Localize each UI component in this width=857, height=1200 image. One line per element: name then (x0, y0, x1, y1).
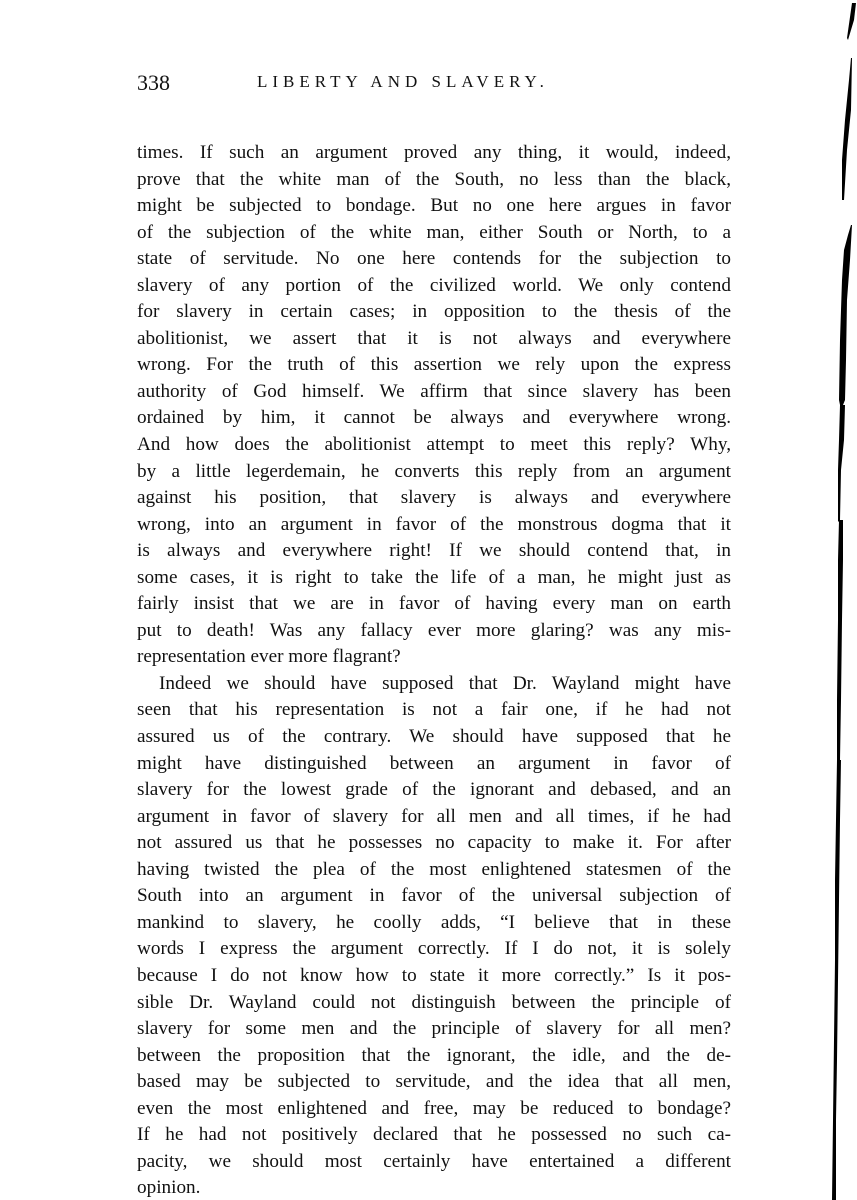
text-line: words I express the argument correctly. … (137, 936, 731, 963)
text-line: fairly insist that we are in favor of ha… (137, 591, 731, 618)
page-edge-shadow (820, 0, 857, 1200)
text-line: put to death! Was any fallacy ever more … (137, 618, 731, 645)
text-line: for slavery in certain cases; in opposit… (137, 299, 731, 326)
text-line: And how does the abolitionist attempt to… (137, 432, 731, 459)
text-line: might be subjected to bondage. But no on… (137, 193, 731, 220)
paragraph-1: times. If such an argument proved any th… (137, 140, 731, 671)
text-line: having twisted the plea of the most enli… (137, 857, 731, 884)
text-line: South into an argument in favor of the u… (137, 883, 731, 910)
text-line: wrong. For the truth of this assertion w… (137, 352, 731, 379)
text-line: sible Dr. Wayland could not distinguish … (137, 990, 731, 1017)
text-line: argument in favor of slavery for all men… (137, 804, 731, 831)
text-line: Indeed we should have supposed that Dr. … (137, 671, 731, 698)
text-line: is always and everywhere right! If we sh… (137, 538, 731, 565)
page-header: 338 LIBERTY AND SLAVERY. (137, 70, 727, 96)
text-line: might have distinguished between an argu… (137, 751, 731, 778)
text-line: not assured us that he possesses no capa… (137, 830, 731, 857)
text-line: times. If such an argument proved any th… (137, 140, 731, 167)
text-line: authority of God himself. We affirm that… (137, 379, 731, 406)
text-line: abolitionist, we assert that it is not a… (137, 326, 731, 353)
scanned-book-page: 338 LIBERTY AND SLAVERY. times. If such … (0, 0, 857, 1200)
text-line: by a little legerdemain, he converts thi… (137, 459, 731, 486)
paragraph-2: Indeed we should have supposed that Dr. … (137, 671, 731, 1200)
text-line: representation ever more flagrant? (137, 644, 731, 671)
text-line: some cases, it is right to take the life… (137, 565, 731, 592)
text-line: opinion. (137, 1175, 731, 1200)
text-line: against his position, that slavery is al… (137, 485, 731, 512)
text-line: assured us of the contrary. We should ha… (137, 724, 731, 751)
text-line: If he had not positively declared that h… (137, 1122, 731, 1149)
text-line: between the proposition that the ignoran… (137, 1043, 731, 1070)
body-text: times. If such an argument proved any th… (137, 140, 731, 1200)
text-line: slavery for some men and the principle o… (137, 1016, 731, 1043)
text-line: because I do not know how to state it mo… (137, 963, 731, 990)
text-line: slavery of any portion of the civilized … (137, 273, 731, 300)
text-line: state of servitude. No one here contends… (137, 246, 731, 273)
text-line: mankind to slavery, he coolly adds, “I b… (137, 910, 731, 937)
text-line: slavery for the lowest grade of the igno… (137, 777, 731, 804)
text-line: prove that the white man of the South, n… (137, 167, 731, 194)
text-line: pacity, we should most certainly have en… (137, 1149, 731, 1176)
text-line: ordained by him, it cannot be always and… (137, 405, 731, 432)
text-line: based may be subjected to servitude, and… (137, 1069, 731, 1096)
text-line: seen that his representation is not a fa… (137, 697, 731, 724)
text-line: of the subjection of the white man, eith… (137, 220, 731, 247)
running-title: LIBERTY AND SLAVERY. (257, 72, 549, 92)
page-number: 338 (137, 70, 170, 96)
text-line: even the most enlightened and free, may … (137, 1096, 731, 1123)
text-line: wrong, into an argument in favor of the … (137, 512, 731, 539)
